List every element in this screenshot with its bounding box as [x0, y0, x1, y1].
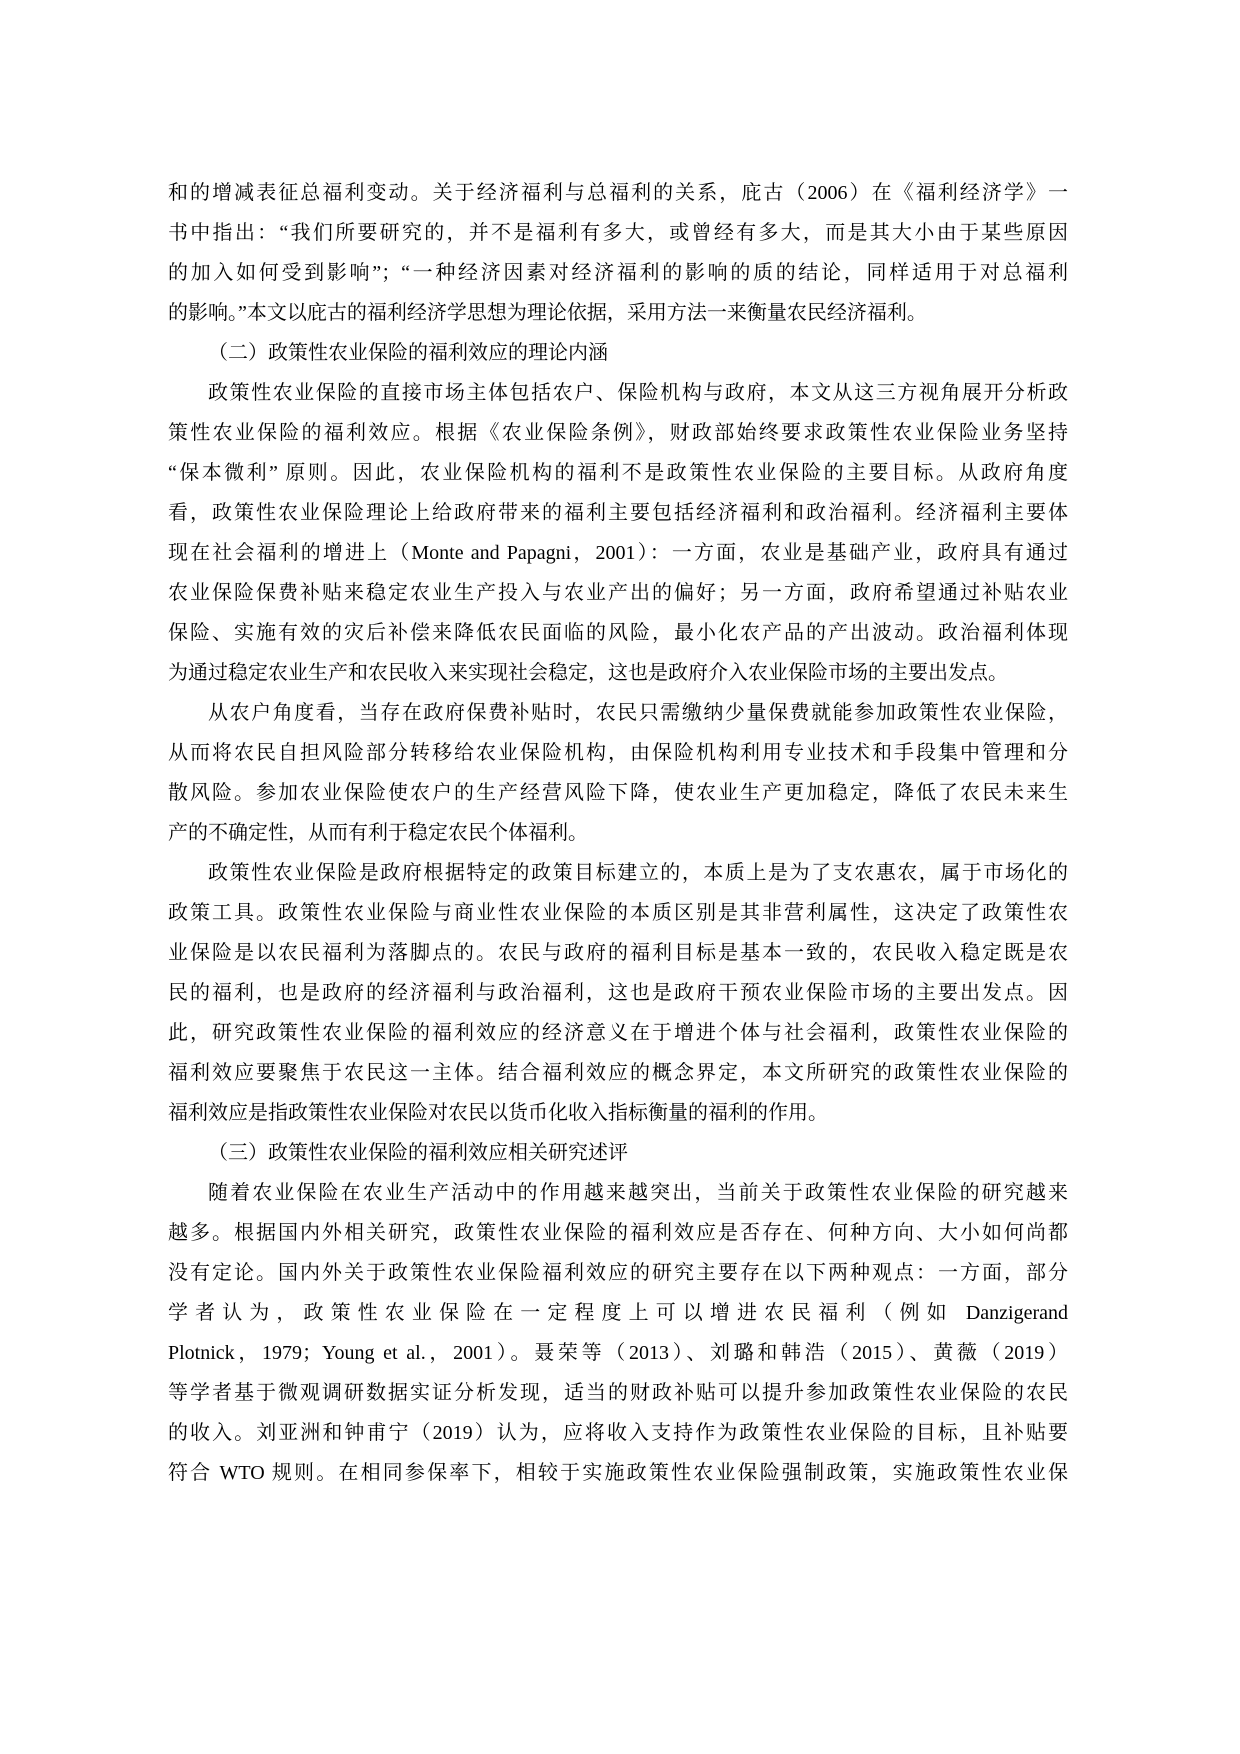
- text-line: 随着农业保险在农业生产活动中的作用越来越突出，当前关于政策性农业保险的研究越来: [168, 1173, 1068, 1213]
- text-line: 学者认为，政策性农业保险在一定程度上可以增进农民福利（例如 Danzigeran…: [168, 1293, 1068, 1333]
- text-line: 农业保险保费补贴来稳定农业生产投入与农业产出的偏好；另一方面，政府希望通过补贴农…: [168, 573, 1068, 613]
- text-line: 从而将农民自担风险部分转移给农业保险机构，由保险机构利用专业技术和手段集中管理和…: [168, 733, 1068, 773]
- body-paragraph: 从农户角度看，当存在政府保费补贴时，农民只需缴纳少量保费就能参加政策性农业保险，…: [168, 693, 1068, 853]
- text-line: 保险、实施有效的灾后补偿来降低农民面临的风险，最小化农产品的产出波动。政治福利体…: [168, 613, 1068, 653]
- text-line: 越多。根据国内外相关研究，政策性农业保险的福利效应是否存在、何种方向、大小如何尚…: [168, 1213, 1068, 1253]
- text-line: 民的福利，也是政府的经济福利与政治福利，这也是政府干预农业保险市场的主要出发点。…: [168, 973, 1068, 1013]
- text-block: 和的增减表征总福利变动。关于经济福利与总福利的关系，庇古（2006）在《福利经济…: [168, 173, 1068, 1493]
- text-line: “保本微利” 原则。因此，农业保险机构的福利不是政策性农业保险的主要目标。从政府…: [168, 453, 1068, 493]
- text-line: 福利效应要聚焦于农民这一主体。结合福利效应的概念界定，本文所研究的政策性农业保险…: [168, 1053, 1068, 1093]
- text-line: 的加入如何受到影响”；“一种经济因素对经济福利的影响的质的结论，同样适用于对总福…: [168, 253, 1068, 293]
- text-line: 的收入。刘亚洲和钟甫宁（2019）认为，应将收入支持作为政策性农业保险的目标，且…: [168, 1413, 1068, 1453]
- document-page: 和的增减表征总福利变动。关于经济福利与总福利的关系，庇古（2006）在《福利经济…: [0, 0, 1240, 1754]
- body-paragraph: 政策性农业保险的直接市场主体包括农户、保险机构与政府，本文从这三方视角展开分析政…: [168, 373, 1068, 693]
- text-line: 为通过稳定农业生产和农民收入来实现社会稳定，这也是政府介入农业保险市场的主要出发…: [168, 653, 1068, 693]
- text-line: 没有定论。国内外关于政策性农业保险福利效应的研究主要存在以下两种观点：一方面，部…: [168, 1253, 1068, 1293]
- text-line: 从农户角度看，当存在政府保费补贴时，农民只需缴纳少量保费就能参加政策性农业保险，: [168, 693, 1068, 733]
- text-line: 和的增减表征总福利变动。关于经济福利与总福利的关系，庇古（2006）在《福利经济…: [168, 173, 1068, 213]
- text-line: 产的不确定性，从而有利于稳定农民个体福利。: [168, 813, 1068, 853]
- text-line: 政策性农业保险的直接市场主体包括农户、保险机构与政府，本文从这三方视角展开分析政: [168, 373, 1068, 413]
- text-line: 政策性农业保险是政府根据特定的政策目标建立的，本质上是为了支农惠农，属于市场化的: [168, 853, 1068, 893]
- text-line: （二）政策性农业保险的福利效应的理论内涵: [168, 333, 1068, 373]
- text-line: 现在社会福利的增进上（Monte and Papagni，2001）：一方面，农…: [168, 533, 1068, 573]
- text-line: 书中指出：“我们所要研究的，并不是福利有多大，或曾经有多大，而是其大小由于某些原…: [168, 213, 1068, 253]
- text-line: 福利效应是指政策性农业保险对农民以货币化收入指标衡量的福利的作用。: [168, 1093, 1068, 1133]
- text-line: 此，研究政策性农业保险的福利效应的经济意义在于增进个体与社会福利，政策性农业保险…: [168, 1013, 1068, 1053]
- paragraph-continued-from-previous-page: 和的增减表征总福利变动。关于经济福利与总福利的关系，庇古（2006）在《福利经济…: [168, 173, 1068, 333]
- text-line: 政策工具。政策性农业保险与商业性农业保险的本质区别是其非营利属性，这决定了政策性…: [168, 893, 1068, 933]
- text-line: （三）政策性农业保险的福利效应相关研究述评: [168, 1133, 1068, 1173]
- body-paragraph: 政策性农业保险是政府根据特定的政策目标建立的，本质上是为了支农惠农，属于市场化的…: [168, 853, 1068, 1133]
- text-line: 散风险。参加农业保险使农户的生产经营风险下降，使农业生产更加稳定，降低了农民未来…: [168, 773, 1068, 813]
- body-paragraph: 随着农业保险在农业生产活动中的作用越来越突出，当前关于政策性农业保险的研究越来越…: [168, 1173, 1068, 1493]
- text-line: 的影响。”本文以庇古的福利经济学思想为理论依据，采用方法一来衡量农民经济福利。: [168, 293, 1068, 333]
- text-line: 业保险是以农民福利为落脚点的。农民与政府的福利目标是基本一致的，农民收入稳定既是…: [168, 933, 1068, 973]
- text-line: 策性农业保险的福利效应。根据《农业保险条例》，财政部始终要求政策性农业保险业务坚…: [168, 413, 1068, 453]
- text-line: 等学者基于微观调研数据实证分析发现，适当的财政补贴可以提升参加政策性农业保险的农…: [168, 1373, 1068, 1413]
- section-heading: （三）政策性农业保险的福利效应相关研究述评: [168, 1133, 1068, 1173]
- text-line: Plotnick，1979；Young et al.，2001）。聂荣等（201…: [168, 1333, 1068, 1373]
- text-line: 符合 WTO 规则。在相同参保率下，相较于实施政策性农业保险强制政策，实施政策性…: [168, 1453, 1068, 1493]
- section-heading: （二）政策性农业保险的福利效应的理论内涵: [168, 333, 1068, 373]
- text-line: 看，政策性农业保险理论上给政府带来的福利主要包括经济福利和政治福利。经济福利主要…: [168, 493, 1068, 533]
